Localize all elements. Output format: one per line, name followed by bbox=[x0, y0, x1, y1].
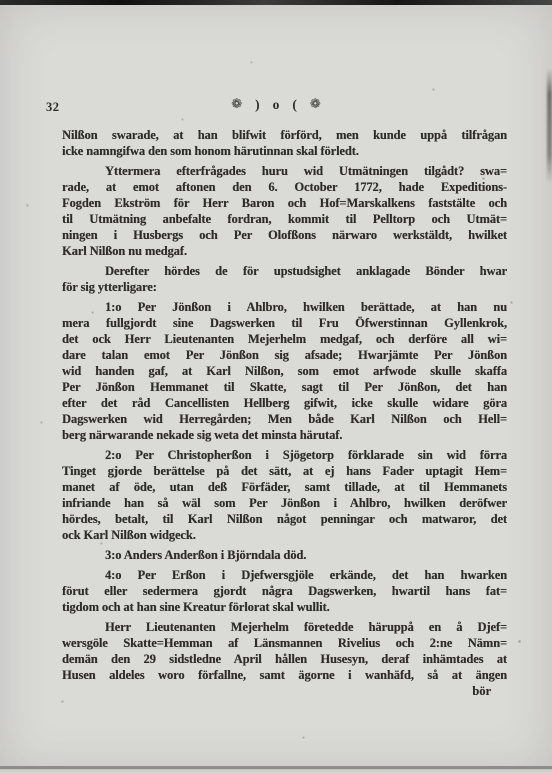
ornament-close-paren: ( bbox=[292, 96, 297, 114]
rosette-icon: ❁ bbox=[310, 96, 321, 114]
text-line: berg närwarande nekade sig weta det mins… bbox=[62, 427, 507, 443]
scan-edge-smudge bbox=[547, 68, 552, 183]
paragraph: 1:o Per Jönßon i Ahlbro, hwilken berätta… bbox=[62, 299, 507, 443]
paper-speckles bbox=[0, 0, 1, 1]
text-line: dare talan emot Per Jönßon sig afsade; H… bbox=[62, 347, 507, 363]
text-line: efter det råd Cancellisten Hellberg gifw… bbox=[62, 395, 507, 411]
paragraph: Herr Lieutenanten Mejerhelm företedde hä… bbox=[62, 619, 507, 683]
text-line: til Utmätning anbefalte fordran, kommit … bbox=[62, 211, 507, 227]
scan-edge-bottom bbox=[0, 766, 552, 774]
text-line: 2:o Per Christopherßon i Sjögetorp förkl… bbox=[62, 447, 507, 463]
text-line: manet af öde, utan deß Förfäder, samt ti… bbox=[62, 479, 507, 495]
text-line: Karl Nilßon nu medgaf. bbox=[62, 243, 507, 259]
text-line: wersgöle Skatte=Hemman af Länsmannen Riv… bbox=[62, 635, 507, 651]
paragraph: 3:o Anders Anderßon i Björndala död. bbox=[62, 547, 507, 563]
ornament-open-paren: ) bbox=[255, 96, 260, 114]
paragraph: Yttermera efterfrågades huru wid Utmätni… bbox=[62, 163, 507, 259]
catchword: bör bbox=[62, 683, 507, 699]
paragraph: Nilßon swarade, at han blifwit förförd, … bbox=[62, 127, 507, 159]
text-line: Yttermera efterfrågades huru wid Utmätni… bbox=[62, 163, 507, 179]
text-line: det ock Herr Lieutenanten Mejerhelm medg… bbox=[62, 331, 507, 347]
text-line: förut eller sedermera gjordt några Dagsw… bbox=[62, 583, 507, 599]
text-line: Tinget gjorde berättelse på det sätt, at… bbox=[62, 463, 507, 479]
text-line: tigdom och at han sine Kreatur förlorat … bbox=[62, 599, 507, 615]
header-ornament: ❁ ) o ( ❁ bbox=[0, 96, 552, 114]
text-line: Nilßon swarade, at han blifwit förförd, … bbox=[62, 127, 507, 143]
text-line: för sig ytterligare: bbox=[62, 279, 507, 295]
text-line: wid handen gaf, at Karl Nilßon, som emot… bbox=[62, 363, 507, 379]
text-line: Per Jönßon Hemmanet til Skatte, sagt til… bbox=[62, 379, 507, 395]
text-line: ningen i Husbergs och Per Olofßons närwa… bbox=[62, 227, 507, 243]
paragraph: Derefter hördes de för upstudsighet ankl… bbox=[62, 263, 507, 295]
body-text: Nilßon swarade, at han blifwit förförd, … bbox=[62, 127, 507, 699]
text-line: rade, at emot aftonen den 6. October 177… bbox=[62, 179, 507, 195]
text-line: Herr Lieutenanten Mejerhelm företedde hä… bbox=[62, 619, 507, 635]
text-line: Husen aldeles woro förfallne, samt ägorn… bbox=[62, 667, 507, 683]
text-line: mera fullgjordt sine Dagswerken til Fru … bbox=[62, 315, 507, 331]
text-line: Dagswerken wid Herregården; Men både Kar… bbox=[62, 411, 507, 427]
text-line: icke namngifwa den som honom härutinnan … bbox=[62, 143, 507, 159]
scan-edge-top bbox=[0, 0, 552, 5]
text-line: demän den 29 sidstledne April hållen Hus… bbox=[62, 651, 507, 667]
scanned-page: 32 ❁ ) o ( ❁ Nilßon swarade, at han blif… bbox=[0, 0, 552, 774]
text-line: 1:o Per Jönßon i Ahlbro, hwilken berätta… bbox=[62, 299, 507, 315]
text-line: infriande han så wäl som Per Jönßon i Ah… bbox=[62, 495, 507, 511]
text-line: Derefter hördes de för upstudsighet ankl… bbox=[62, 263, 507, 279]
ornament-center-mark: o bbox=[273, 96, 280, 114]
text-line: hördes, betalt, til Karl Nilßon något pe… bbox=[62, 511, 507, 527]
rosette-icon: ❁ bbox=[231, 96, 242, 114]
paragraph: 2:o Per Christopherßon i Sjögetorp förkl… bbox=[62, 447, 507, 543]
text-line: ock Karl Nilßon widgeck. bbox=[62, 527, 507, 543]
text-line: Fogden Ekström för Herr Baron och Hof=Ma… bbox=[62, 195, 507, 211]
text-line: 3:o Anders Anderßon i Björndala död. bbox=[62, 547, 507, 563]
paragraph: 4:o Per Erßon i Djefwersgjöle erkände, d… bbox=[62, 567, 507, 615]
text-line: 4:o Per Erßon i Djefwersgjöle erkände, d… bbox=[62, 567, 507, 583]
